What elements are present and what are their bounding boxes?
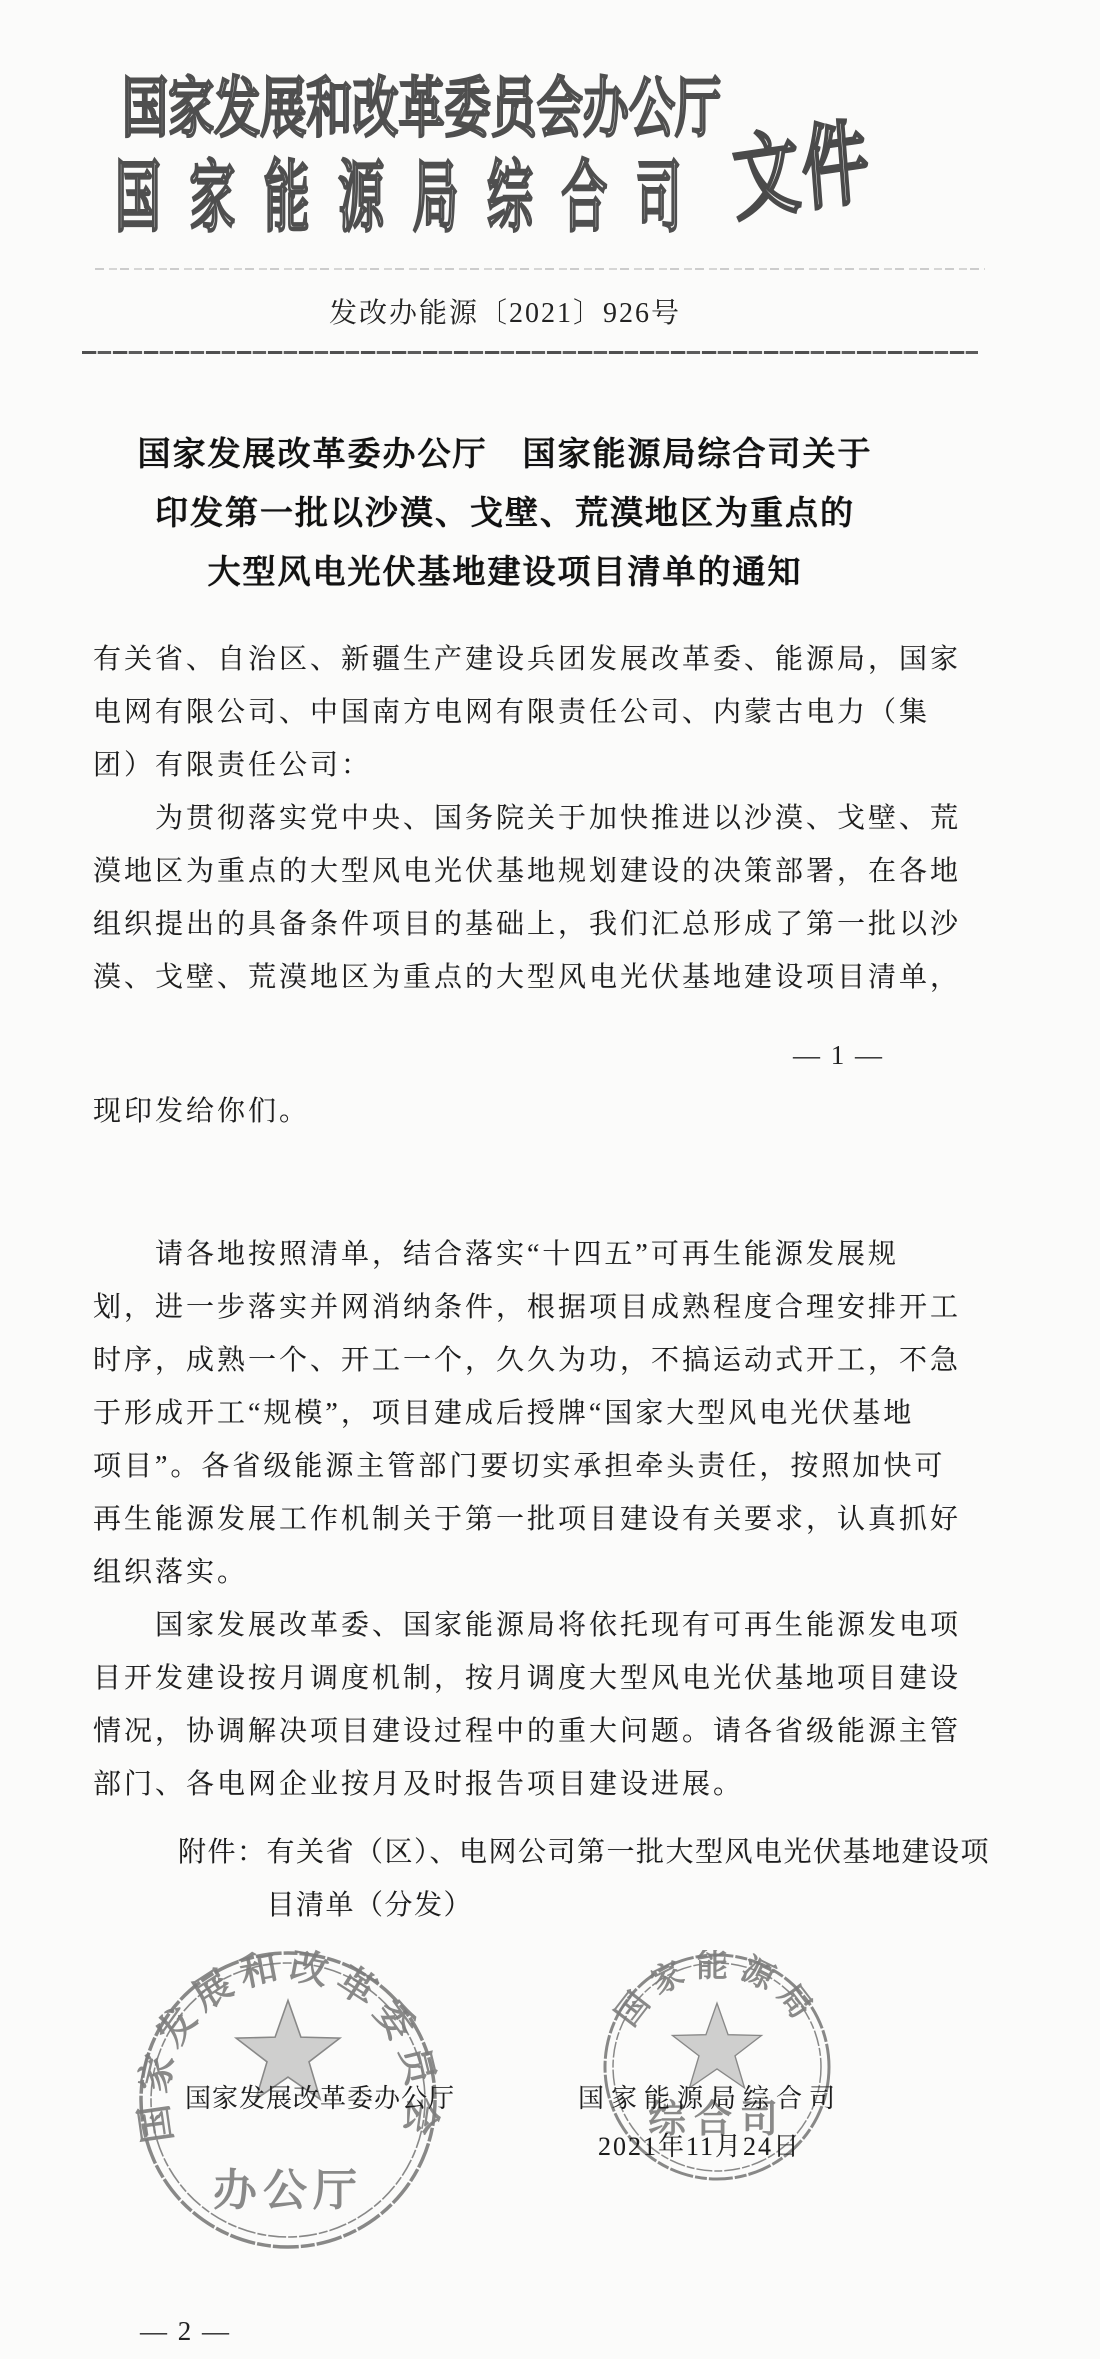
document-page: 国家发展和改革委员会办公厅 国家能源局综合司 文件 发改办能源〔2021〕926…	[0, 0, 1100, 2359]
issue-date: 2021年11月24日	[598, 2126, 801, 2163]
title-line-3: 大型风电光伏基地建设项目清单的通知	[0, 542, 1010, 601]
page1-number: — 1 —	[793, 1040, 884, 1071]
letterhead-line2: 国家能源局综合司	[115, 136, 710, 247]
document-mark: 文件	[728, 88, 875, 239]
continuation-line: 现印发给你们。	[93, 1085, 1005, 1138]
title-line-2: 印发第一批以沙漠、戈壁、荒漠地区为重点的	[0, 483, 1010, 542]
seal-bottom-text: 办公厅	[213, 2166, 363, 2215]
title-line-1: 国家发展改革委办公厅 国家能源局综合司关于	[0, 424, 1010, 483]
recipients-paragraph: 有关省、自治区、新疆生产建设兵团发展改革委、能源局，国家电网有限公司、中国南方电…	[93, 633, 1005, 1004]
right-signature: 国家能源局综合司	[578, 2078, 842, 2115]
artifact-line	[95, 268, 985, 270]
doc-number: 发改办能源〔2021〕926号	[0, 291, 1010, 331]
page2-number: — 2 —	[140, 2316, 231, 2347]
attachment-note: 附件：有关省（区）、电网公司第一批大型风电光伏基地建设项 目清单（分发）	[178, 1826, 1008, 1932]
main-paragraphs: 请各地按照清单，结合落实“十四五”可再生能源发展规划，进一步落实并网消纳条件，根…	[93, 1228, 1005, 1811]
star-icon	[673, 2003, 762, 2088]
left-signature: 国家发展改革委办公厅	[185, 2078, 455, 2115]
page-title: 国家发展改革委办公厅 国家能源局综合司关于 印发第一批以沙漠、戈壁、荒漠地区为重…	[0, 424, 1010, 601]
divider-line	[82, 351, 978, 354]
